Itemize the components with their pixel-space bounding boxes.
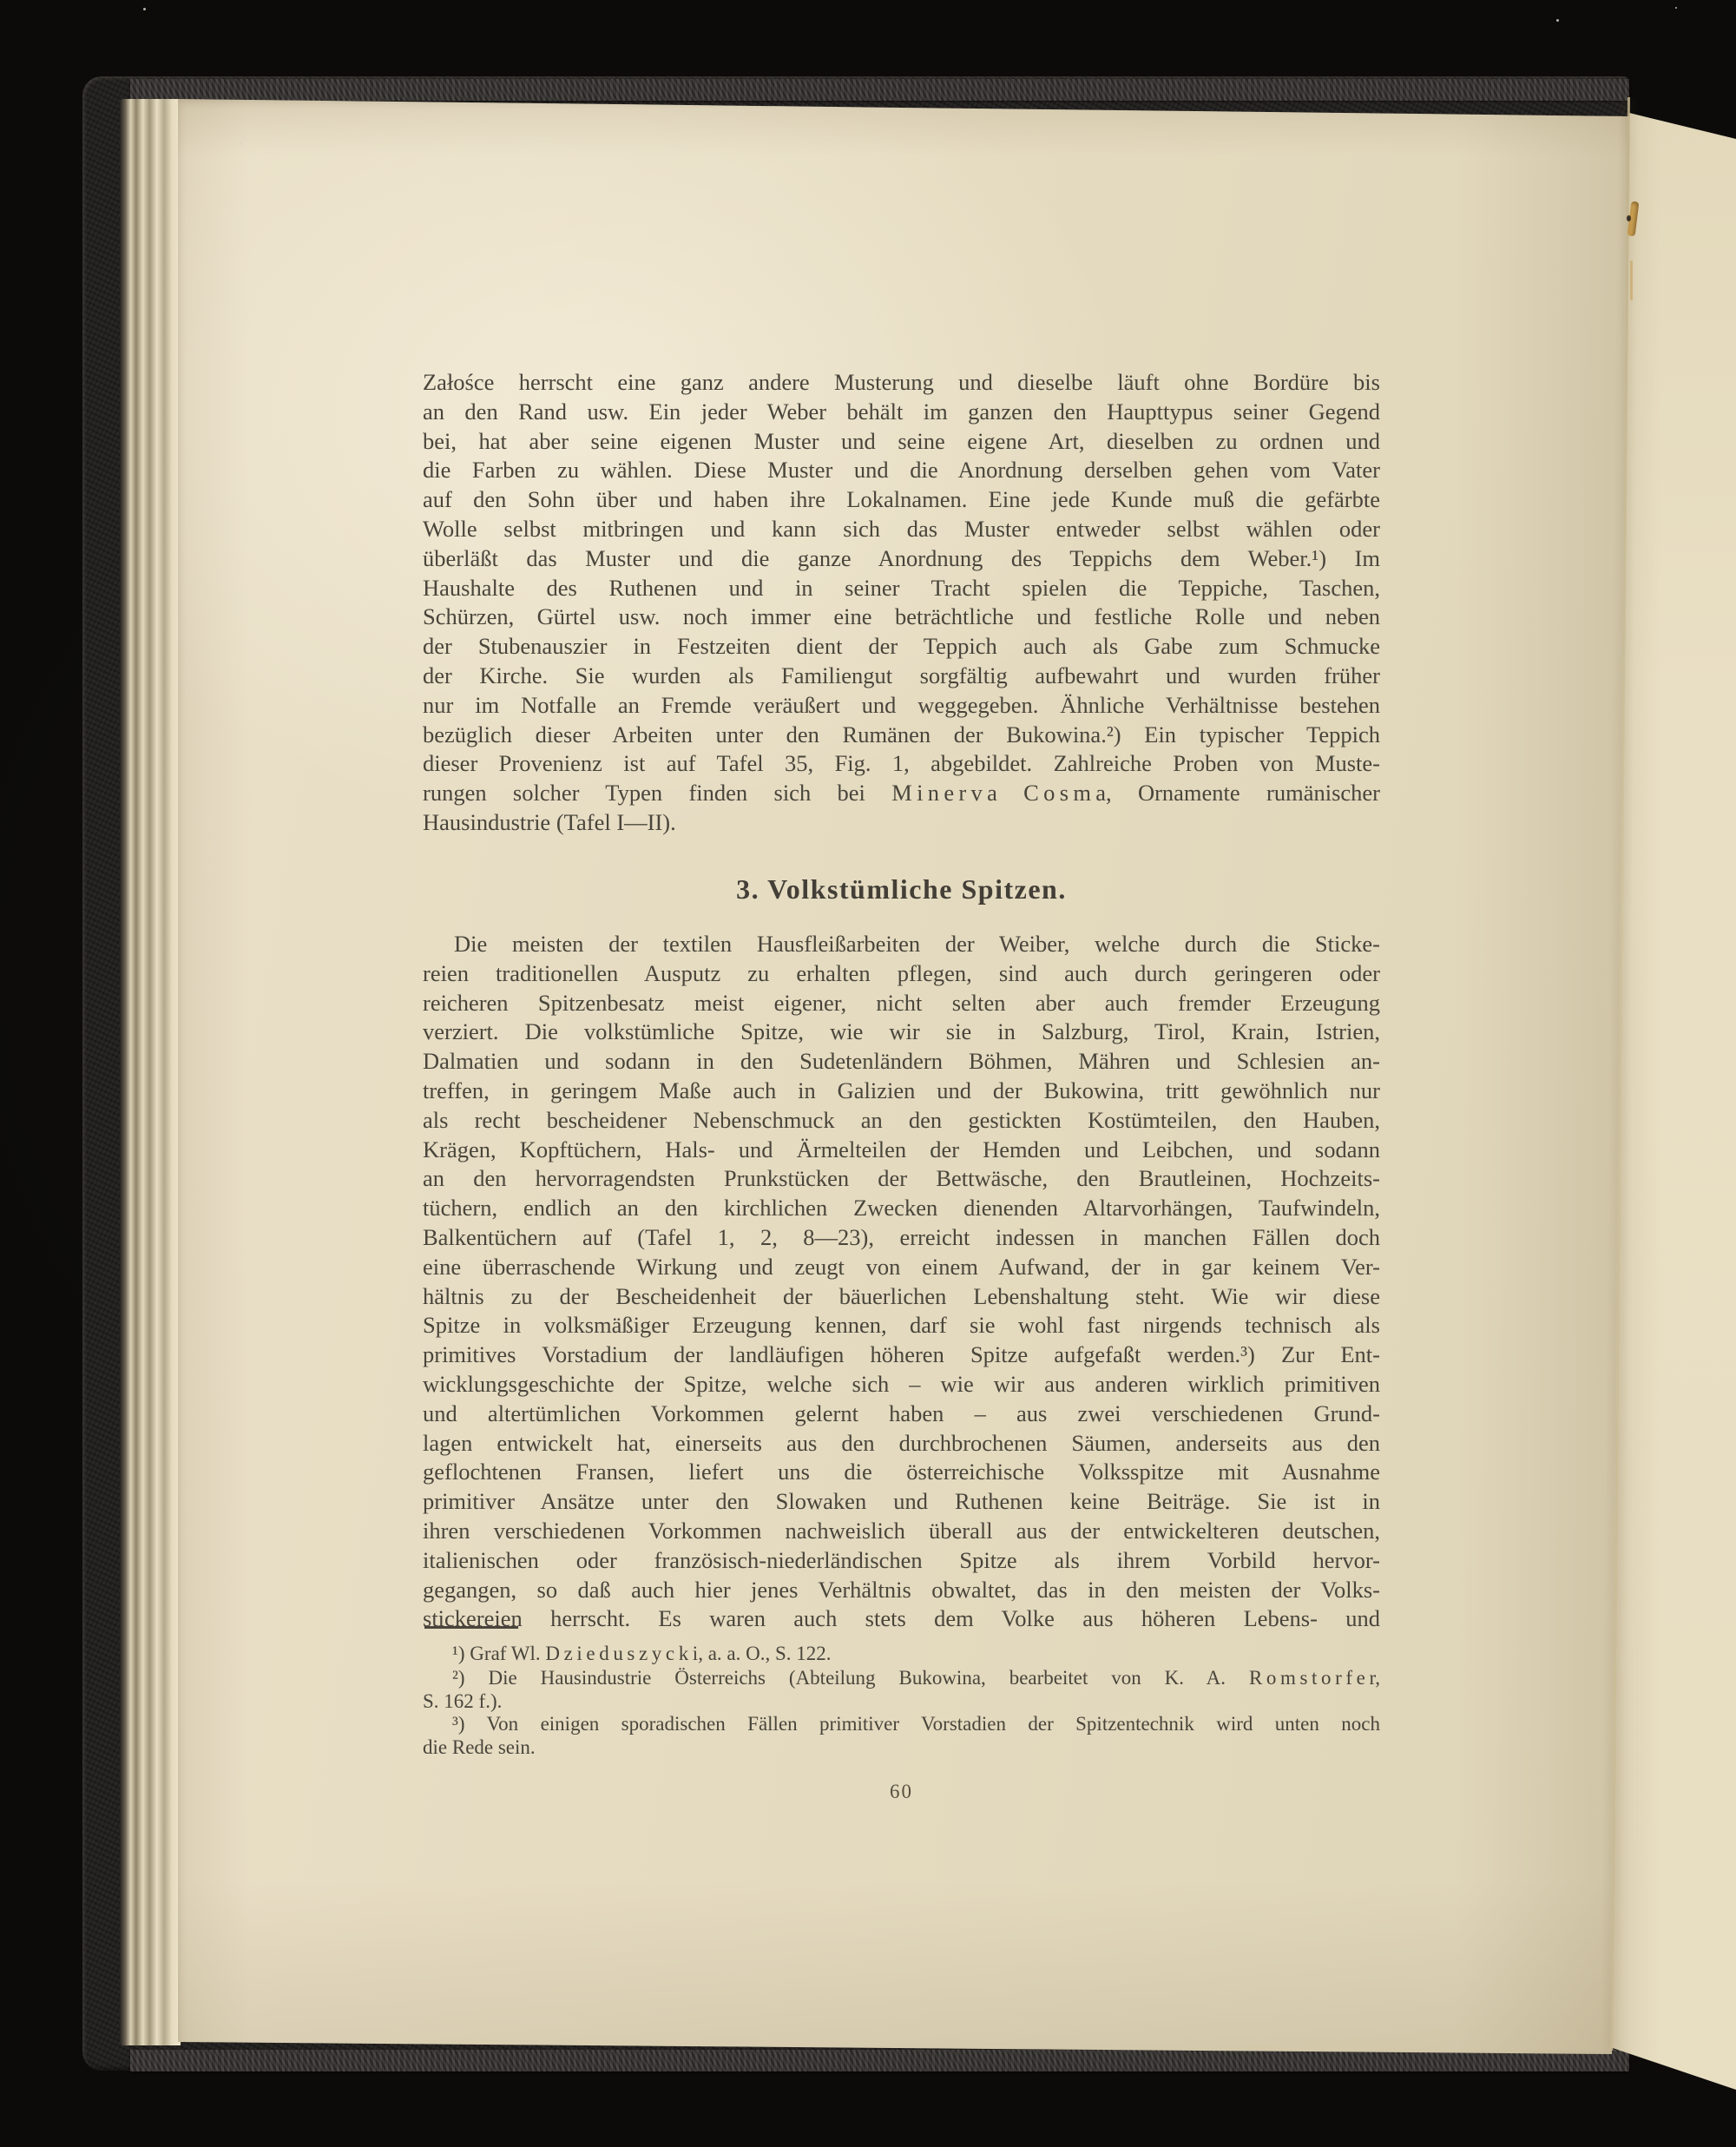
paper-speck-dark (1627, 215, 1631, 221)
section-heading: 3. Volkstümliche Spitzen. (423, 873, 1380, 906)
text-line: hältnis zu der Bescheidenheit der bäuerl… (423, 1282, 1380, 1312)
text-line: der Stubenauszier in Festzeiten dient de… (423, 632, 1380, 662)
text-line: an den Rand usw. Ein jeder Weber behält … (423, 398, 1380, 427)
paragraph-2: Die meisten der textilen Hausfleißarbeit… (423, 930, 1380, 1634)
text-line: lagen entwickelt hat, einerseits aus den… (423, 1429, 1380, 1459)
text-line: Spitze in volksmäßiger Erzeugung kennen,… (423, 1311, 1380, 1340)
footnote-rule (424, 1626, 518, 1629)
text-line: Krägen, Kopftüchern, Hals- und Ärmelteil… (423, 1136, 1380, 1165)
page-number: 60 (423, 1781, 1380, 1803)
dust-speck (240, 142, 242, 145)
text-line: rungen solcher Typen finden sich bei M i… (423, 779, 1380, 808)
text-line: als recht bescheidener Nebenschmuck an d… (423, 1106, 1380, 1136)
text-line: verziert. Die volkstümliche Spitze, wie … (423, 1018, 1380, 1047)
text-line: ²) Die Hausindustrie Österreichs (Abteil… (423, 1666, 1380, 1689)
text-line: Die meisten der textilen Hausfleißarbeit… (423, 930, 1380, 959)
text-line: reien traditionellen Ausputz zu erhalten… (423, 959, 1380, 989)
paper-fiber-mark (1630, 260, 1633, 300)
text-line: auf den Sohn über und haben ihre Lokalna… (423, 485, 1380, 515)
text-line: überläßt das Muster und die ganze Anordn… (423, 544, 1380, 574)
text-line: eine überraschende Wirkung und zeugt von… (423, 1253, 1380, 1282)
text-line: die Farben zu wählen. Diese Muster und d… (423, 456, 1380, 485)
dust-speck (1556, 19, 1559, 22)
dust-speck (1675, 7, 1677, 9)
text-line: der Kirche. Sie wurden als Familiengut s… (423, 662, 1380, 691)
text-line: Dalmatien und sodann in den Sudetenlände… (423, 1047, 1380, 1077)
page-stack-edges (120, 99, 181, 2045)
text-line: geflochtenen Fransen, liefert uns die ös… (423, 1458, 1380, 1487)
text-line: nur im Notfalle an Fremde veräußert und … (423, 691, 1380, 721)
text-line: treffen, in geringem Maße auch in Galizi… (423, 1077, 1380, 1106)
text-line: bei, hat aber seine eigenen Muster und s… (423, 427, 1380, 457)
text-line: wicklungsgeschichte der Spitze, welche s… (423, 1370, 1380, 1400)
footnote-2: ²) Die Hausindustrie Österreichs (Abteil… (423, 1666, 1380, 1713)
paragraph-1: Załośce herrscht eine ganz andere Muster… (423, 368, 1380, 838)
text-line: Haushalte des Ruthenen und in seiner Tra… (423, 574, 1380, 603)
text-line: Załośce herrscht eine ganz andere Muster… (423, 368, 1380, 398)
dust-speck (143, 8, 146, 10)
text-line: dieser Provenienz ist auf Tafel 35, Fig.… (423, 749, 1380, 779)
footnote-1: ¹) Graf Wl. D z i e d u s z y c k i, a. … (423, 1642, 1380, 1665)
text-line: primitiver Ansätze unter den Slowaken un… (423, 1487, 1380, 1517)
text-line: stickereien herrscht. Es waren auch stet… (423, 1604, 1380, 1634)
text-line: Balkentüchern auf (Tafel 1, 2, 8—23), er… (423, 1223, 1380, 1253)
text-line: die Rede sein. (423, 1735, 1380, 1759)
text-block: Załośce herrscht eine ganz andere Muster… (423, 0, 1380, 2147)
photo-backdrop: Załośce herrscht eine ganz andere Muster… (0, 0, 1736, 2147)
text-line: ³) Von einigen sporadischen Fällen primi… (423, 1712, 1380, 1735)
text-line: Wolle selbst mitbringen und kann sich da… (423, 515, 1380, 544)
text-line: ihren verschiedenen Vorkommen nachweisli… (423, 1517, 1380, 1546)
text-line: an den hervorragendsten Prunkstücken der… (423, 1164, 1380, 1194)
text-line: S. 162 f.). (423, 1689, 1380, 1713)
footnote-3: ³) Von einigen sporadischen Fällen primi… (423, 1712, 1380, 1759)
text-line: tüchern, endlich an den kirchlichen Zwec… (423, 1194, 1380, 1223)
text-line: italienischen oder französisch-niederlän… (423, 1546, 1380, 1576)
text-line: gegangen, so daß auch hier jenes Verhält… (423, 1576, 1380, 1605)
text-line: Schürzen, Gürtel usw. noch immer eine be… (423, 603, 1380, 632)
text-line: bezüglich dieser Arbeiten unter den Rumä… (423, 721, 1380, 750)
facing-page-edge (1610, 97, 1736, 2094)
text-line: und altertümlichen Vorkommen gelernt hab… (423, 1400, 1380, 1429)
text-line: ¹) Graf Wl. D z i e d u s z y c k i, a. … (423, 1642, 1380, 1665)
text-line: reicheren Spitzenbesatz meist eigener, n… (423, 989, 1380, 1018)
text-line: Hausindustrie (Tafel I—II). (423, 808, 1380, 838)
text-line: primitives Vorstadium der landläufigen h… (423, 1340, 1380, 1370)
